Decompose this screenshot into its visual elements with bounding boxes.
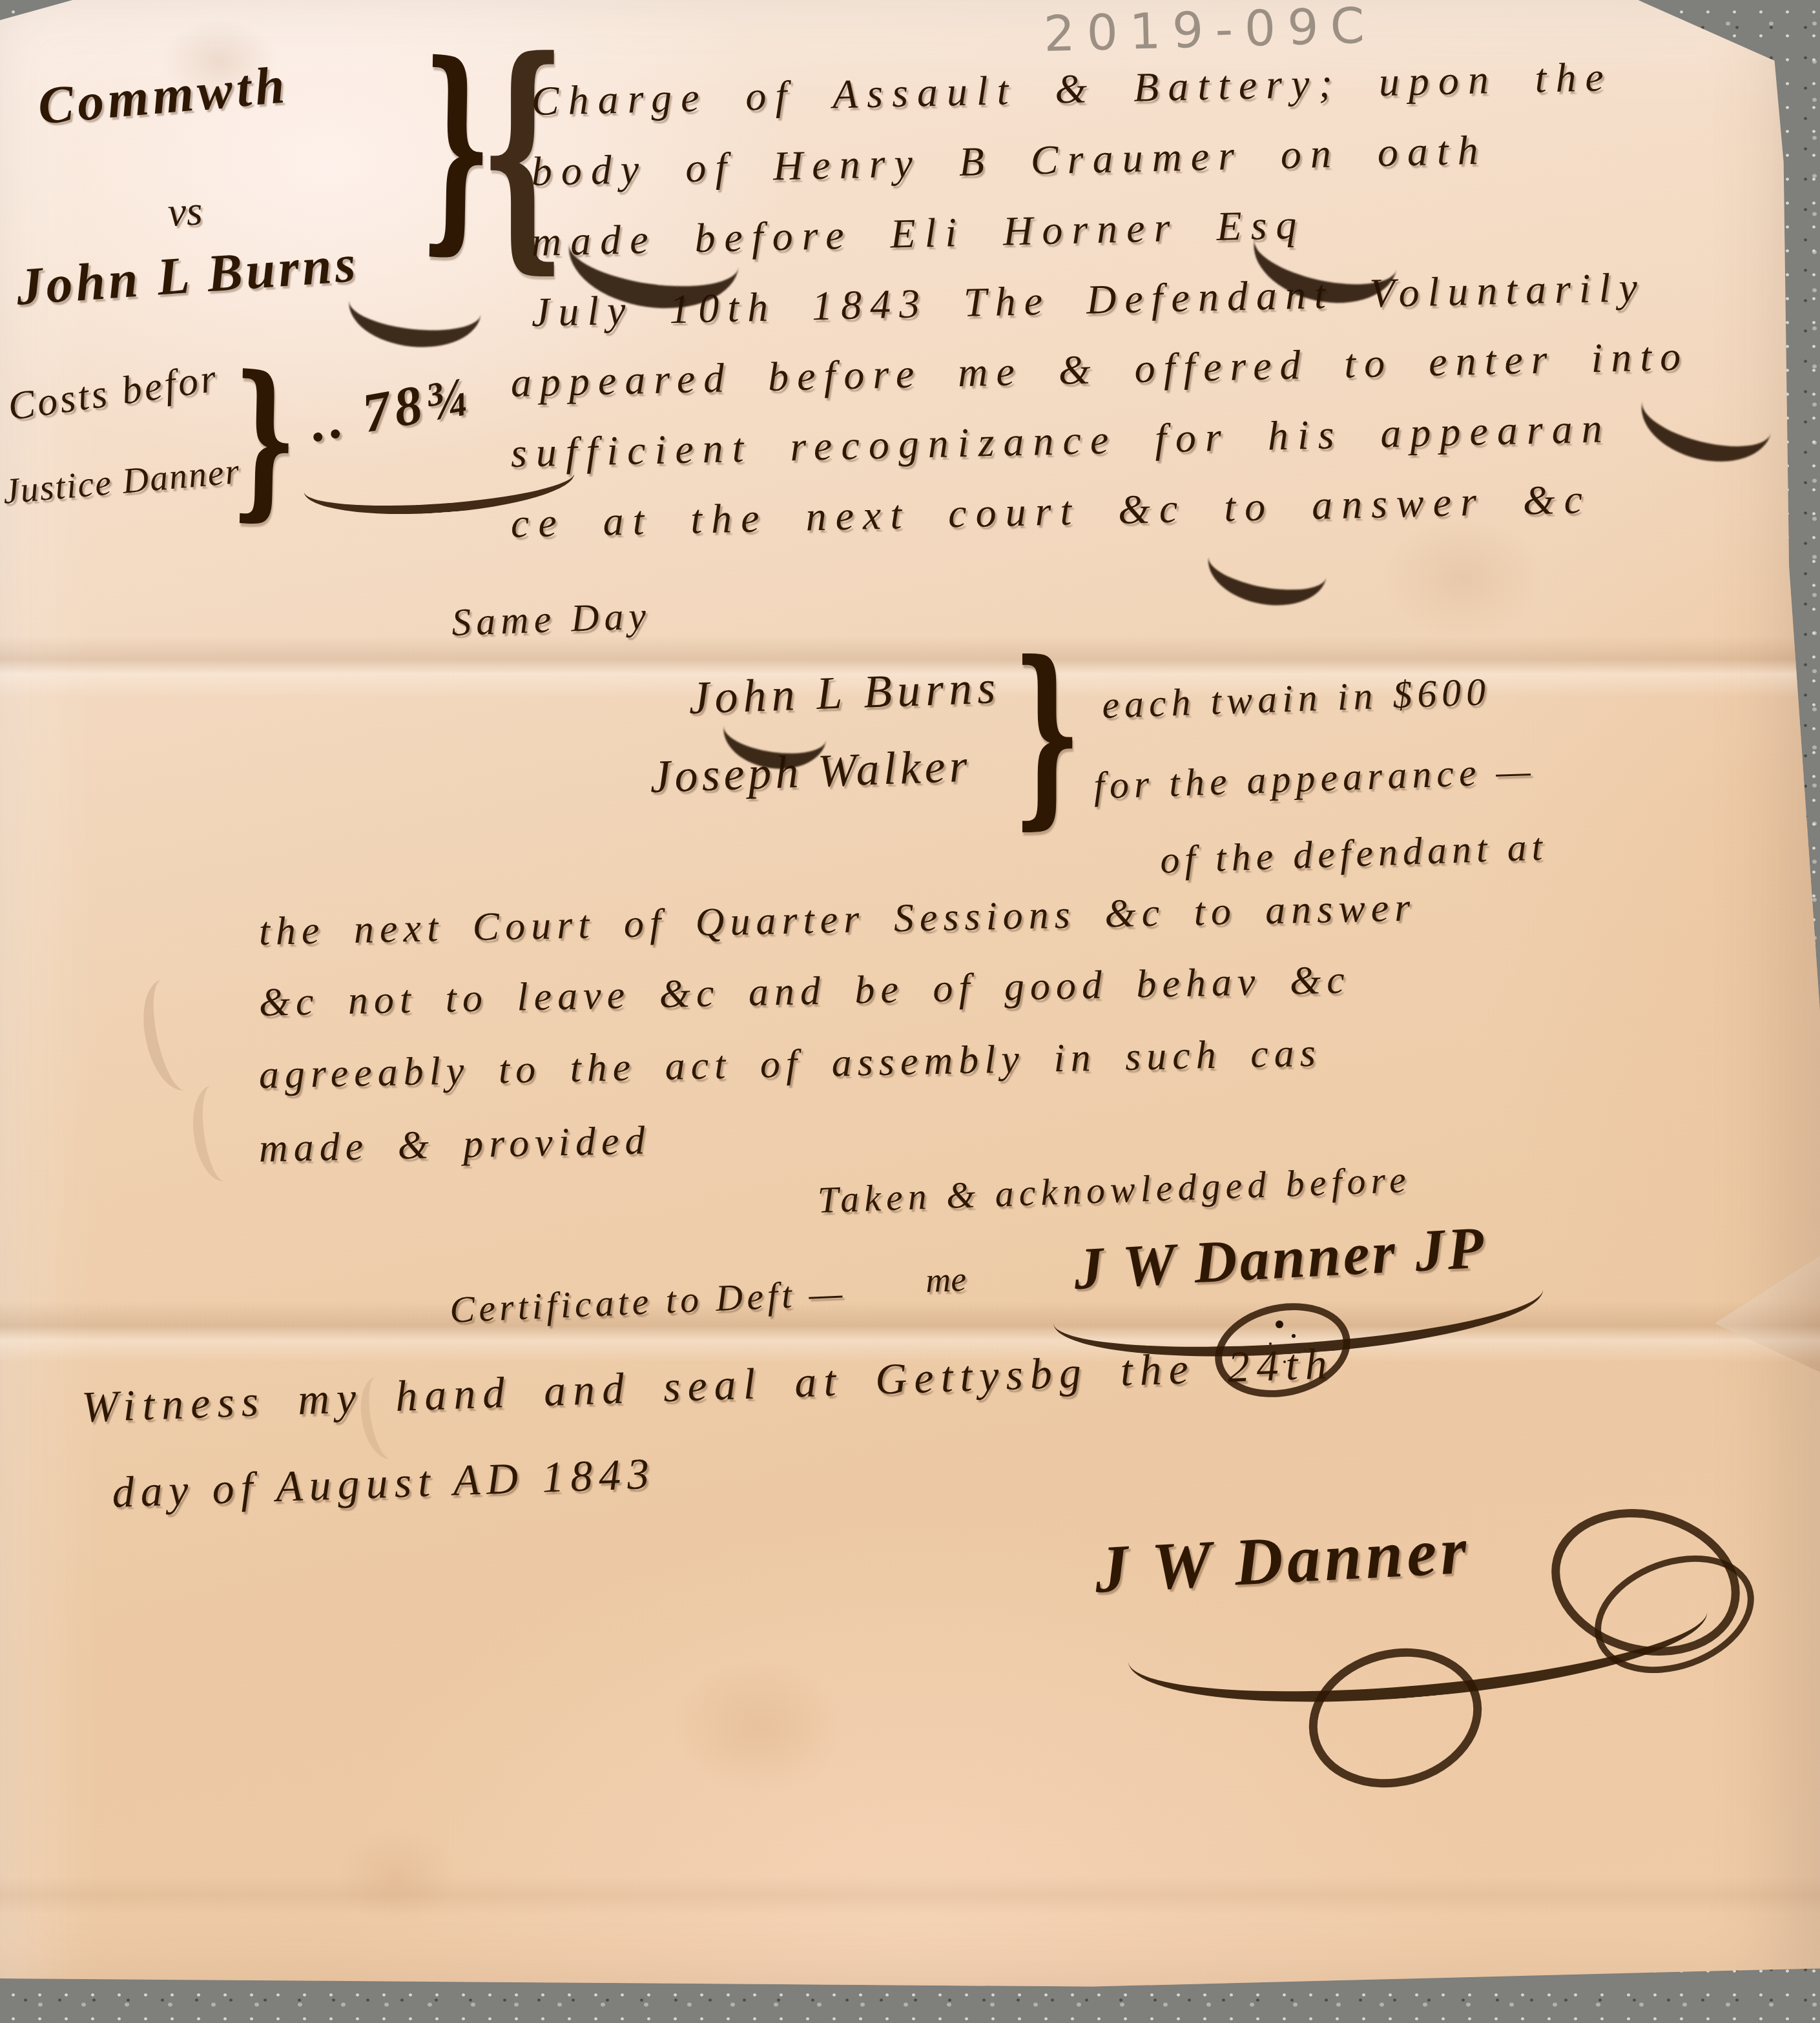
versus-label: vs <box>167 187 203 236</box>
case-party-plaintiff: Commwth <box>36 54 291 136</box>
recognizance-line: made & provided <box>258 1118 651 1172</box>
bond-continuation-line: of the defendant at <box>1159 825 1548 883</box>
stain-spot <box>672 1659 846 1795</box>
bond-purpose-line: for the appearance — <box>1093 748 1536 808</box>
ink-splatter <box>1276 1320 1283 1328</box>
ink-show-through <box>134 974 213 1096</box>
costs-brace: } <box>231 362 298 517</box>
same-day-note: Same Day <box>451 593 652 645</box>
charge-line: sufficient recognizance for his appearan <box>510 404 1611 477</box>
photograph-of-document: 2019-09C Commwth vs John L Burns } { Cos… <box>0 0 1820 2023</box>
case-party-defendant: John L Burns <box>14 233 360 318</box>
recognizance-line: &c not to leave &c and be of good behav … <box>258 958 1350 1026</box>
attestation-line: Taken & acknowledged before <box>817 1158 1412 1222</box>
recognizance-line: agreeably to the act of assembly in such… <box>258 1031 1321 1098</box>
archival-number: 2019-09C <box>1043 0 1377 63</box>
sureties-brace: } <box>1013 646 1081 820</box>
costs-line-1: Costs befor <box>5 355 222 430</box>
witness-line-2: day of August AD 1843 <box>111 1448 656 1518</box>
stain-spot <box>1382 517 1544 639</box>
stain-spot <box>336 1827 459 1924</box>
charge-line: Charge of Assault & Battery; upon the <box>531 53 1613 125</box>
recognizance-line: the next Court of Quarter Sessions &c to… <box>258 885 1416 955</box>
ink-show-through <box>187 1082 249 1184</box>
attestation-me: me <box>925 1259 967 1300</box>
charge-line: appeared before me & offered to enter in… <box>510 333 1690 407</box>
fold-crease-faint <box>0 1876 1820 1915</box>
document-paper: 2019-09C Commwth vs John L Burns } { Cos… <box>0 0 1820 2023</box>
charge-line: body of Henry B Craumer on oath <box>531 126 1487 196</box>
ink-flourish <box>1202 520 1332 614</box>
costs-amount: .. 78¾ <box>305 363 476 455</box>
costs-line-2: Justice Danner <box>1 451 242 513</box>
